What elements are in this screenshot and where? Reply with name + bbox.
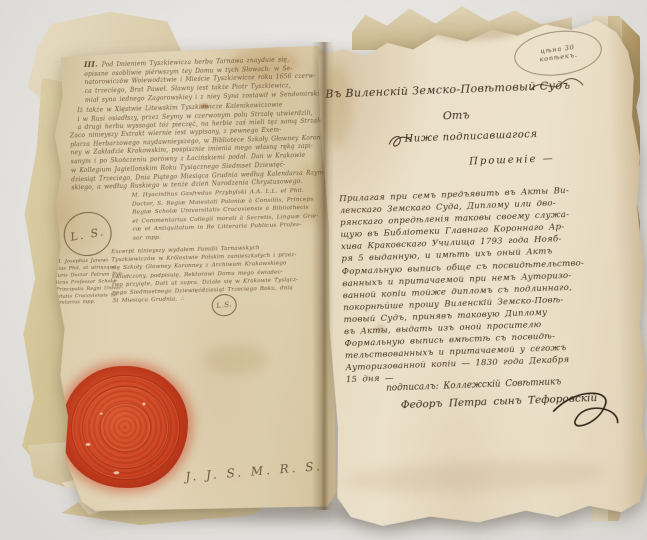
- left-page-wrap: III.Pod Imieniem Tyszkiewicza herbu Tarn…: [50, 44, 339, 514]
- signature-monogram: J. J. S. M. R. S.: [185, 459, 323, 484]
- paragraph-closing: Excerpt ninieyszy wydałem Familii Tarnaw…: [111, 243, 299, 306]
- seal-chip: [142, 402, 145, 405]
- ls-label: L. S.: [69, 225, 106, 244]
- heading-petitioner: Ниже подписавшагося: [321, 126, 621, 148]
- sheet-number-mark: Лив.: [320, 43, 337, 52]
- paper-stain: [435, 23, 520, 42]
- manuscript-line: cretarius mpp.: [57, 300, 115, 309]
- heading-court: Въ Виленскій Земско-Повѣтовый Судъ: [325, 78, 591, 101]
- ls-label: L.S.: [216, 300, 232, 310]
- paper-stain: [345, 458, 606, 496]
- signature-flourish-icon: [548, 383, 628, 438]
- section-number: III.: [84, 60, 98, 69]
- locus-sigilli-mark-large: L. S.: [60, 208, 115, 259]
- paper-stain: [204, 344, 267, 376]
- price-stamp: цѣна 30 копѣекъ.: [512, 26, 605, 81]
- photo-background: III.Pod Imieniem Tyszkiewicza herbu Tarn…: [0, 0, 647, 540]
- left-page: III.Pod Imieniem Tyszkiewicza herbu Tarn…: [50, 44, 339, 514]
- paragraph-extract: Zaco ninieyszy Extrakt wiernie iest wypi…: [70, 125, 326, 193]
- seal-chip: [85, 443, 90, 446]
- petition-body: Прилагая при семъ предъявить въ Акты Ви-…: [339, 184, 588, 386]
- paragraph-latin-attestation: M. Hyacinthus Gasfredus Przybylski A.A. …: [132, 187, 320, 244]
- margin-attestation-note: M. Josephus Janowi- cius Phil. et utrius…: [55, 258, 114, 308]
- heading-petition-title: Прошеніе —: [417, 151, 607, 169]
- paragraph-genealogy: III.Pod Imieniem Tyszkiewicza herbu Tarn…: [84, 54, 331, 105]
- right-page-wrap: Лив. цѣна 30 копѣекъ. Въ Виленскій Земск…: [317, 16, 647, 527]
- heading-from: Отъ: [320, 104, 592, 127]
- red-wax-seal: [60, 364, 189, 489]
- right-page: Лив. цѣна 30 копѣекъ. Въ Виленскій Земск…: [317, 16, 647, 527]
